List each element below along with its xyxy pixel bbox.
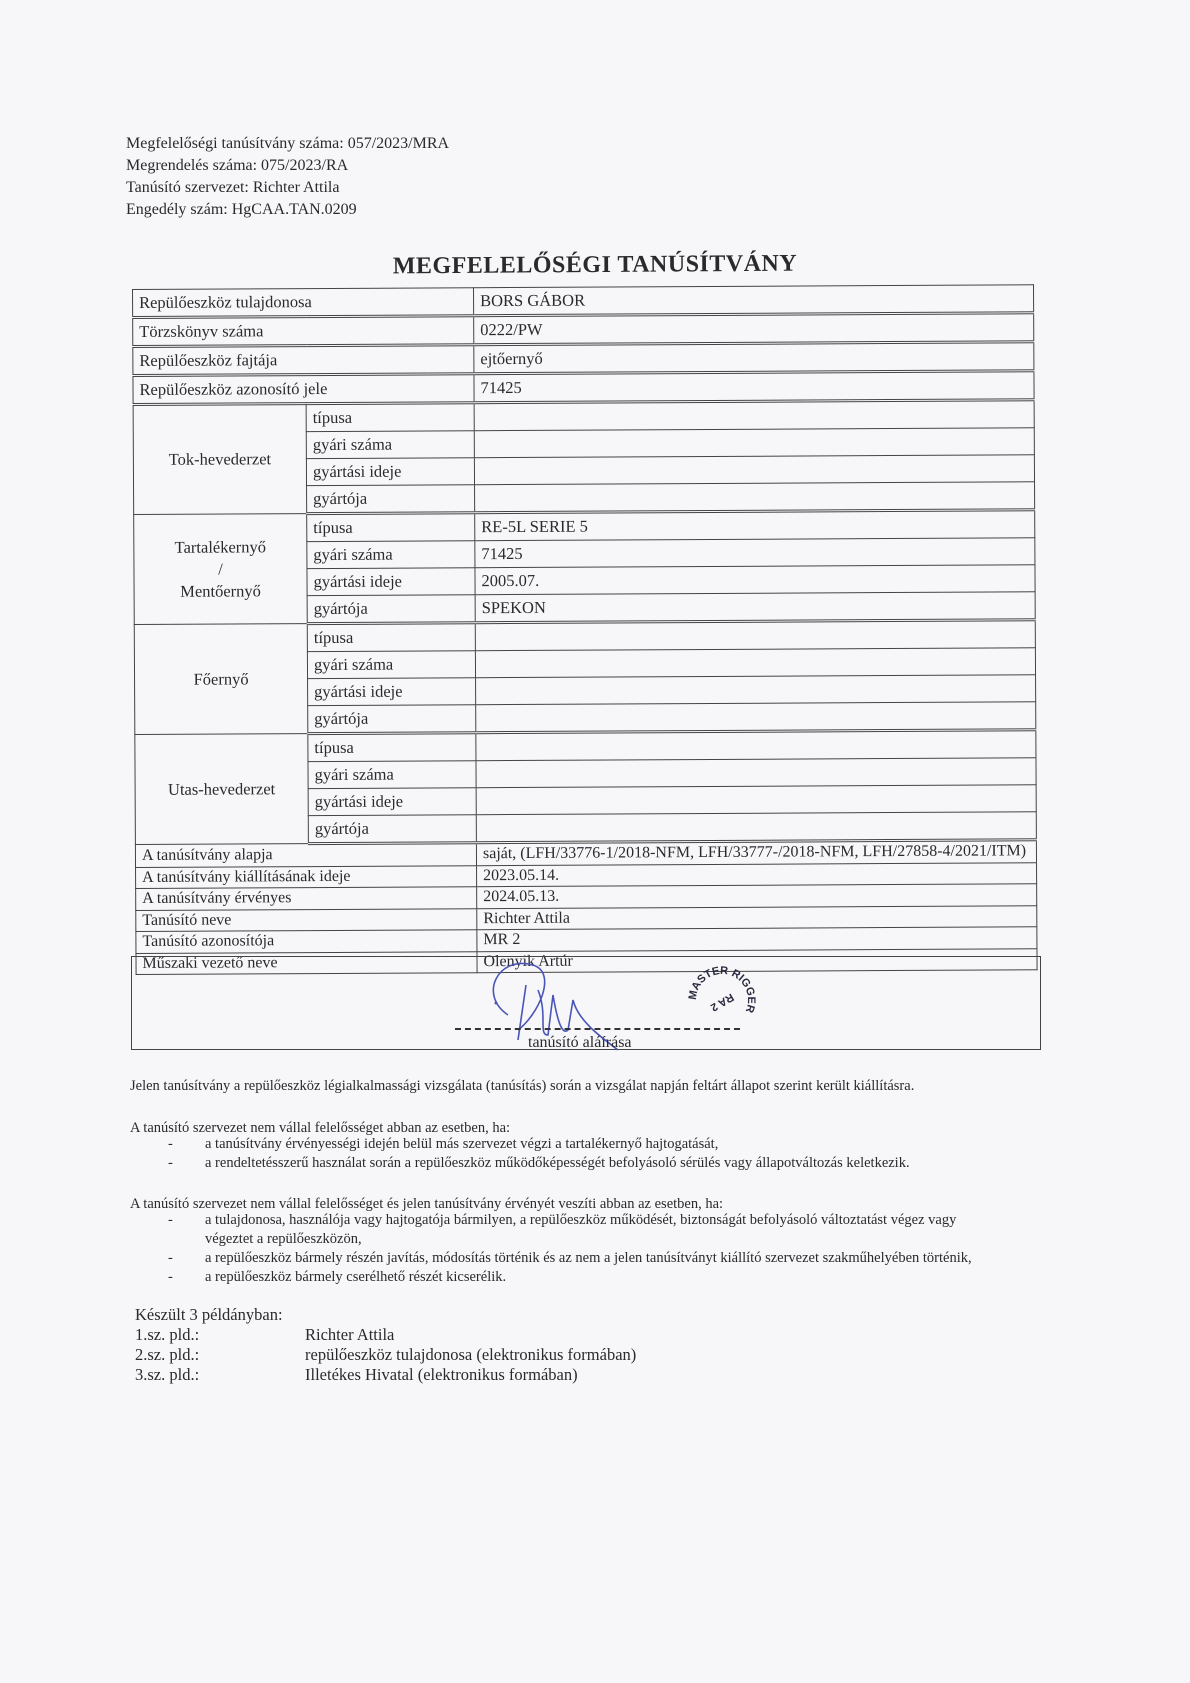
table-row: Repülőeszköz azonosító jele71425 — [133, 371, 1034, 405]
sub-label: gyári száma — [307, 541, 475, 569]
row-label: A tanúsítvány érvényes — [136, 887, 477, 910]
bullet-dash: - — [168, 1250, 173, 1267]
row-value — [474, 400, 1034, 431]
row-value: BORS GÁBOR — [473, 285, 1033, 316]
row-value: 0222/PW — [474, 313, 1034, 345]
sub-label: gyári száma — [307, 651, 475, 679]
row-value: 2005.07. — [475, 565, 1035, 595]
row-label: Repülőeszköz tulajdonosa — [133, 288, 474, 318]
certificate-table: Repülőeszköz tulajdonosaBORS GÁBORTörzsk… — [132, 284, 1038, 975]
row-label: A tanúsítvány kiállításának ideje — [136, 865, 477, 888]
sub-label: típusa — [307, 513, 475, 542]
license-number: Engedély szám: HgCAA.TAN.0209 — [126, 199, 449, 221]
copy-row: 2.sz. pld.:repülőeszköz tulajdonosa (ele… — [135, 1345, 636, 1365]
group-label: Tok-hevederzet — [133, 404, 307, 515]
list-item: a repülőeszköz bármely cserélhető részét… — [205, 1269, 506, 1286]
copies-section: Készült 3 példányban: 1.sz. pld.:Richter… — [135, 1305, 636, 1385]
row-value — [476, 730, 1036, 761]
group-label: Főernyő — [134, 624, 308, 735]
row-value: Richter Attila — [477, 905, 1037, 929]
copy-number: 1.sz. pld.: — [135, 1325, 305, 1345]
order-number: Megrendelés száma: 075/2023/RA — [126, 155, 449, 177]
list-item: a rendeltetésszerű használat során a rep… — [205, 1155, 910, 1172]
table-row: Törzskönyv száma0222/PW — [133, 313, 1034, 347]
bullet-dash: - — [168, 1212, 173, 1229]
bullet-dash: - — [168, 1136, 173, 1153]
row-value — [476, 758, 1036, 788]
row-label: Repülőeszköz azonosító jele — [133, 374, 474, 405]
copy-number: 3.sz. pld.: — [135, 1365, 305, 1385]
row-value — [475, 482, 1035, 513]
row-value — [474, 455, 1034, 485]
list-item: végeztet a repülőeszközön, — [205, 1231, 362, 1248]
row-value: 2023.05.14. — [477, 862, 1037, 886]
copy-number: 2.sz. pld.: — [135, 1345, 305, 1365]
bullet-dash: - — [168, 1155, 173, 1172]
table-row: Repülőeszköz fajtájaejtőernyő — [133, 342, 1034, 376]
statement-text: Jelen tanúsítvány a repülőeszköz légialk… — [130, 1078, 914, 1095]
row-label: Tanúsító azonosítója — [136, 930, 477, 953]
sub-label: típusa — [308, 733, 476, 762]
row-value: MR 2 — [477, 927, 1037, 951]
sub-label: típusa — [307, 623, 475, 652]
row-value — [476, 702, 1036, 733]
copies-intro: Készült 3 példányban: — [135, 1305, 636, 1325]
row-label: A tanúsítvány alapja — [135, 843, 476, 867]
sub-label: gyártási ideje — [308, 678, 476, 706]
sub-label: gyártója — [307, 485, 475, 514]
list-item: a tulajdonosa, használója vagy hajtogató… — [205, 1212, 956, 1229]
copy-recipient: Illetékes Hivatal (elektronikus formában… — [305, 1365, 578, 1385]
row-value — [474, 428, 1034, 458]
liability-intro-2: A tanúsító szervezet nem vállal felelőss… — [130, 1196, 723, 1213]
copy-recipient: repülőeszköz tulajdonosa (elektronikus f… — [305, 1345, 636, 1365]
bullet-dash: - — [168, 1269, 173, 1286]
sub-label: gyári száma — [306, 431, 474, 459]
svg-text:RA 2: RA 2 — [708, 991, 735, 1014]
row-value — [476, 675, 1036, 705]
row-value: saját, (LFH/33776-1/2018-NFM, LFH/33777-… — [476, 840, 1036, 865]
row-label: Törzskönyv száma — [133, 316, 474, 347]
row-value: RE-5L SERIE 5 — [475, 510, 1035, 541]
group-label: Tartalékernyő/Mentőernyő — [134, 514, 308, 625]
group-label: Utas-hevederzet — [135, 734, 309, 845]
row-value: ejtőernyő — [474, 342, 1034, 374]
sub-label: gyártási ideje — [306, 458, 474, 486]
sub-label: gyártási ideje — [307, 568, 475, 596]
row-value — [475, 648, 1035, 678]
list-item: a tanúsítvány érvényességi idején belül … — [205, 1136, 718, 1153]
liability-intro-1: A tanúsító szervezet nem vállal felelőss… — [130, 1120, 510, 1137]
copy-row: 1.sz. pld.:Richter Attila — [135, 1325, 636, 1345]
sub-label: gyártója — [308, 705, 476, 734]
certificate-number: Megfelelőségi tanúsítvány száma: 057/202… — [126, 133, 449, 155]
row-label: Tanúsító neve — [136, 908, 477, 931]
row-value — [476, 812, 1036, 843]
sub-label: gyártója — [308, 815, 476, 844]
document-header: Megfelelőségi tanúsítvány száma: 057/202… — [126, 133, 449, 221]
sub-label: gyártási ideje — [308, 788, 476, 816]
sub-label: gyári száma — [308, 761, 476, 789]
row-label: Repülőeszköz fajtája — [133, 345, 474, 376]
sub-label: gyártója — [307, 595, 475, 624]
signature-label: tanúsító aláírása — [528, 1034, 632, 1052]
list-item: a repülőeszköz bármely részén javítás, m… — [205, 1250, 972, 1267]
master-rigger-stamp-icon: MASTER RIGGER RA 2 — [682, 960, 762, 1040]
row-value: 71425 — [475, 538, 1035, 568]
row-value: 2024.05.13. — [477, 884, 1037, 908]
page-title: MEGFELELŐSÉGI TANÚSÍTVÁNY — [0, 248, 1190, 283]
certifying-organization: Tanúsító szervezet: Richter Attila — [126, 177, 449, 199]
copy-recipient: Richter Attila — [305, 1325, 394, 1345]
row-value — [476, 785, 1036, 815]
row-value: 71425 — [474, 371, 1034, 403]
row-value — [475, 620, 1035, 651]
sub-label: típusa — [306, 403, 474, 432]
copy-row: 3.sz. pld.:Illetékes Hivatal (elektronik… — [135, 1365, 636, 1385]
row-value: SPEKON — [475, 592, 1035, 623]
